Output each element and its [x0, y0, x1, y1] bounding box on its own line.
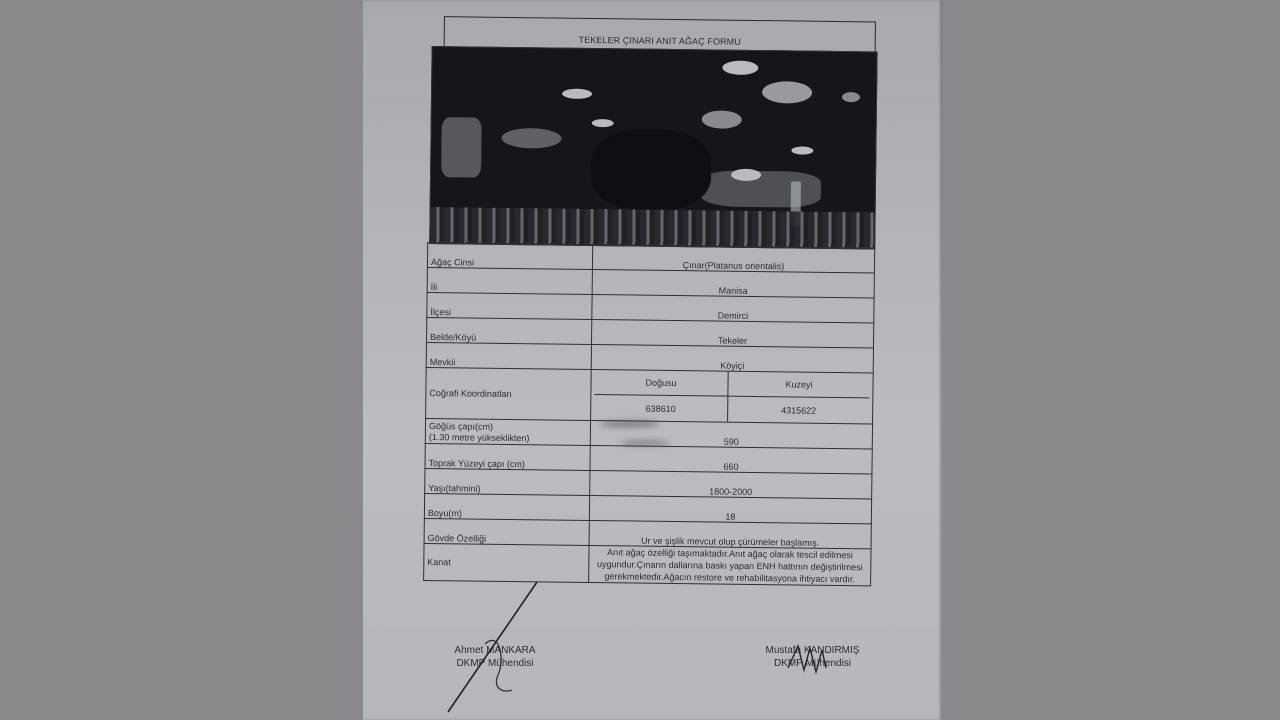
handwritten-signatures — [0, 0, 1280, 720]
